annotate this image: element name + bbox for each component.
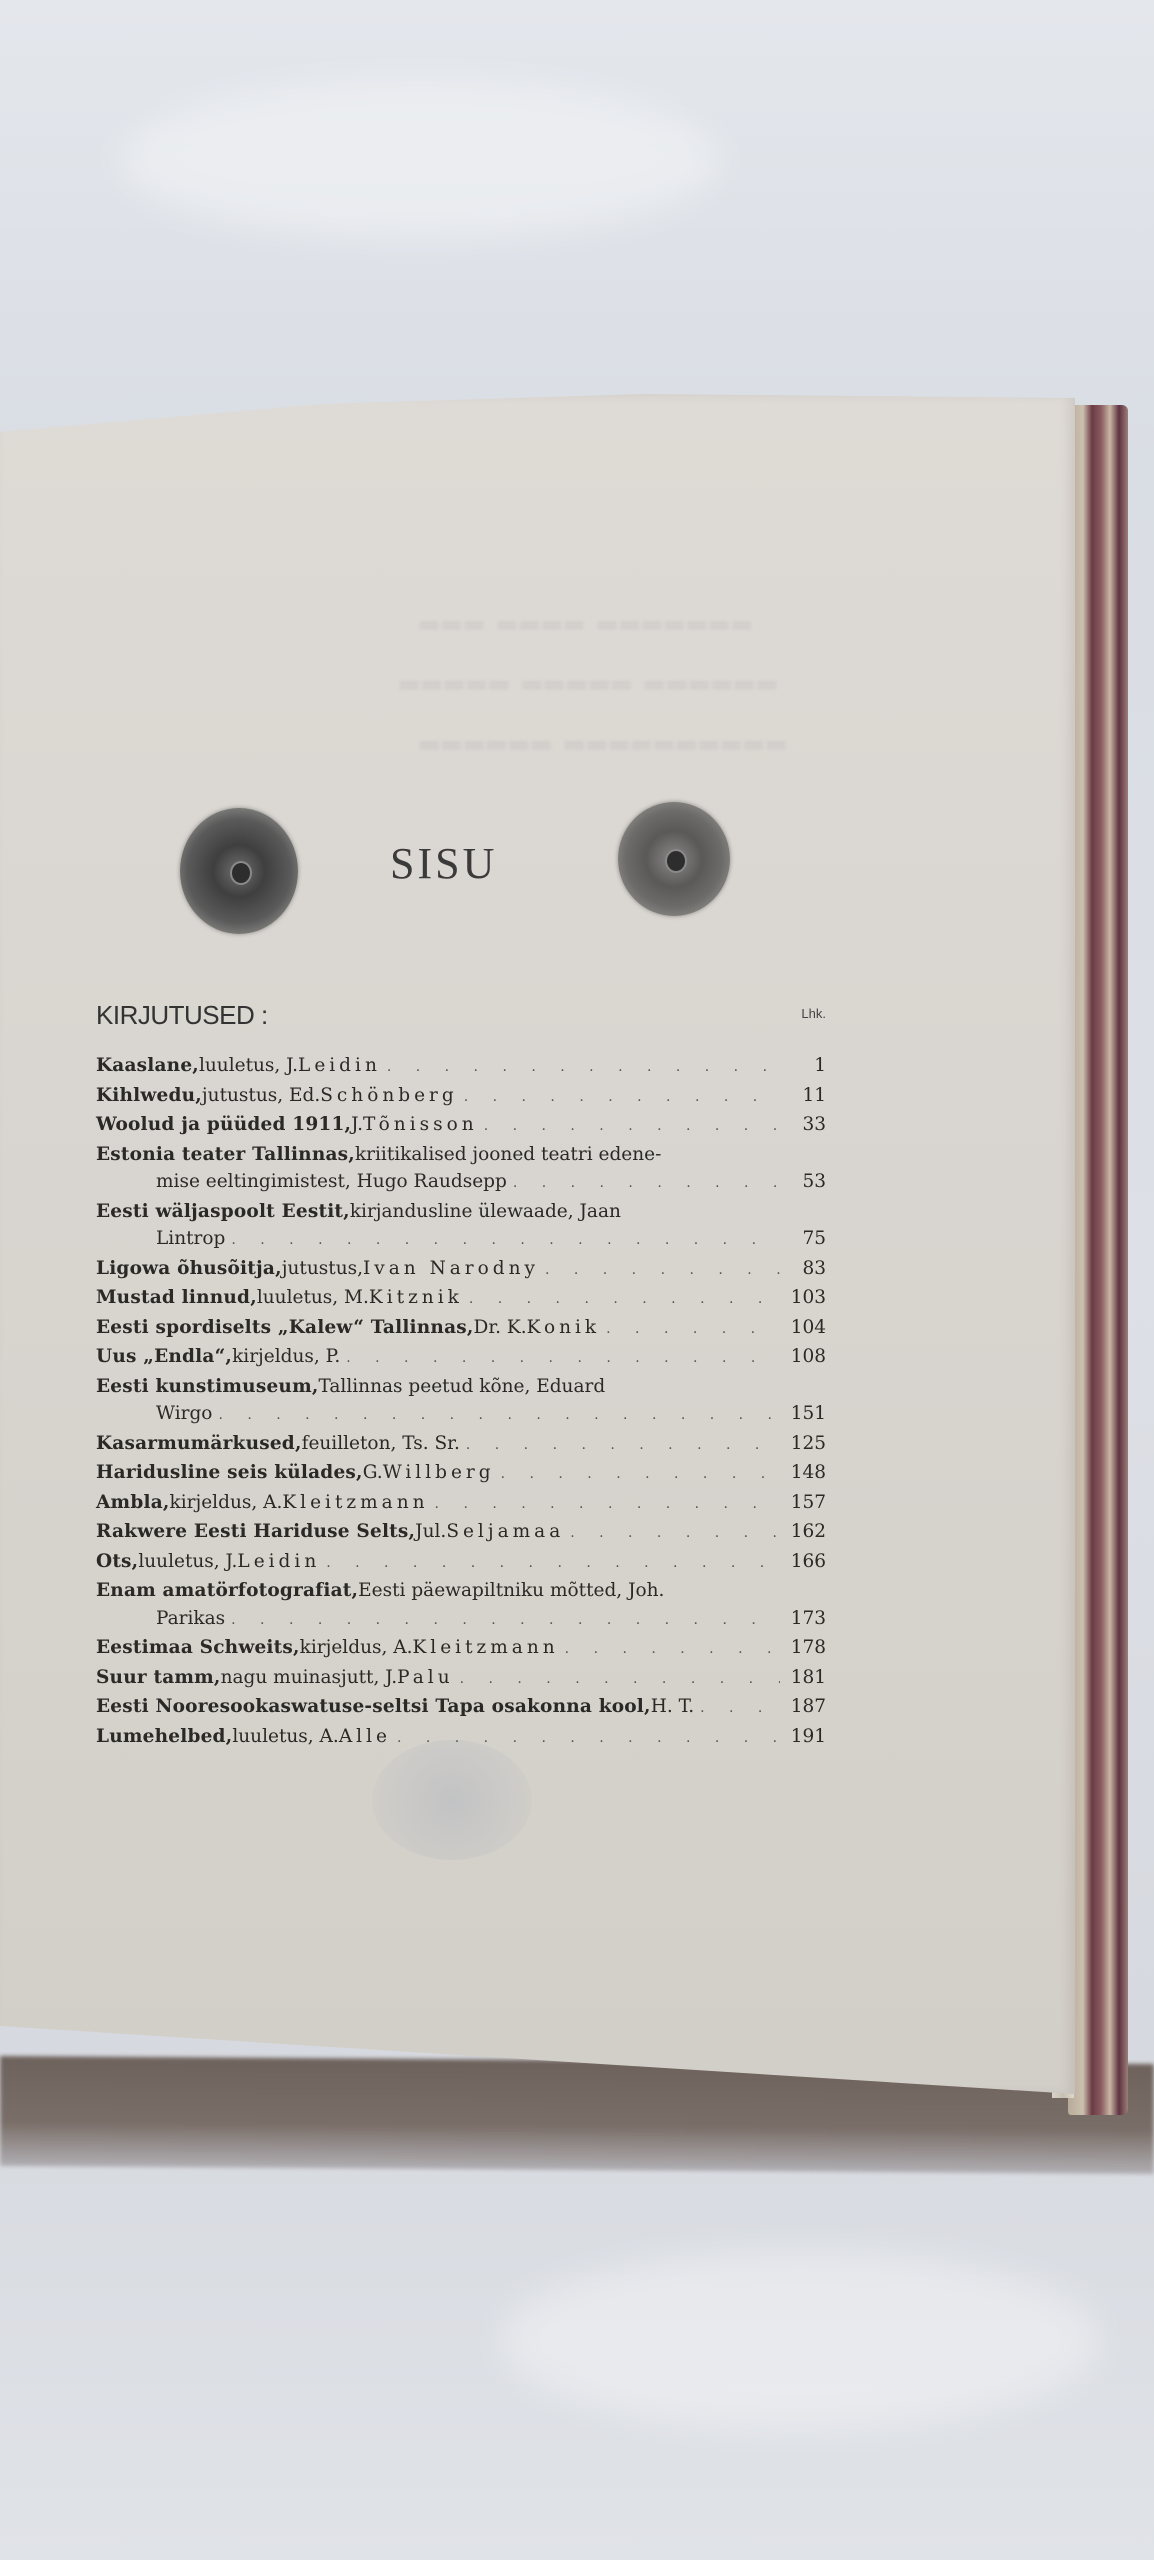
leader-dots <box>326 1550 780 1578</box>
leader-dots <box>700 1695 780 1723</box>
entry-author: Leidin <box>298 1052 381 1080</box>
entry-page-number: 1 <box>786 1052 826 1080</box>
toc-entry-line: Ligowa õhusõitja, jutustus, Ivan Narodny… <box>96 1255 826 1285</box>
toc-entry: Lumehelbed, luuletus, A. Alle191 <box>96 1723 826 1753</box>
entry-continuation-text: Lintrop <box>156 1225 225 1253</box>
entry-title: Eestimaa Schweits, <box>96 1634 300 1662</box>
entry-description: kirjandusline ülewaade, Jaan <box>350 1198 621 1226</box>
toc-entry-line: Eestimaa Schweits, kirjeldus, A. Kleitzm… <box>96 1634 826 1664</box>
entry-description: luuletus, M. <box>257 1284 369 1312</box>
entry-page-number: 104 <box>786 1314 826 1342</box>
entry-page-number: 166 <box>786 1548 826 1576</box>
entry-title: Uus „Endla“, <box>96 1343 232 1371</box>
entry-title: Kaaslane, <box>96 1052 199 1080</box>
entry-title: Kihlwedu, <box>96 1082 202 1110</box>
entry-page-number: 108 <box>786 1343 826 1371</box>
entry-author: Kleitzmann <box>412 1634 558 1662</box>
leader-dots <box>435 1491 780 1519</box>
bleed-through-text: ══════ ══════════ <box>420 730 789 760</box>
toc-entry: Ligowa õhusõitja, jutustus, Ivan Narodny… <box>96 1255 826 1285</box>
leader-dots <box>231 1607 780 1635</box>
leader-dots <box>460 1666 780 1694</box>
entry-page-number: 148 <box>786 1459 826 1487</box>
leader-dots <box>464 1084 780 1112</box>
page-column-label: Lhk. <box>801 1006 826 1021</box>
entry-description: Dr. K. <box>474 1314 527 1342</box>
entry-description: kriitikalised jooned teatri edene- <box>355 1141 661 1169</box>
entry-page-number: 83 <box>786 1255 826 1283</box>
leader-dots <box>501 1461 780 1489</box>
toc-entry-line: Woolud ja püüded 1911, J. Tõnisson33 <box>96 1111 826 1141</box>
toc-entry-line: Enam amatörfotografiat, Eesti päewapiltn… <box>96 1577 826 1605</box>
toc-entry: Eestimaa Schweits, kirjeldus, A. Kleitzm… <box>96 1634 826 1664</box>
entry-title: Eesti spordiselts „Kalew“ Tallinnas, <box>96 1314 474 1342</box>
book-cover-edge <box>1068 405 1128 2115</box>
entry-title: Estonia teater Tallinnas, <box>96 1141 355 1169</box>
toc-entry-line: Kihlwedu, jutustus, Ed. Schönberg11 <box>96 1082 826 1112</box>
entry-description: luuletus, A. <box>232 1723 338 1751</box>
toc-entry-line: Lumehelbed, luuletus, A. Alle191 <box>96 1723 826 1753</box>
bleed-through-text: ═════ ═════ ══════ <box>400 670 780 700</box>
toc-entry: Mustad linnud, luuletus, M. Kitznik103 <box>96 1284 826 1314</box>
toc-entry: Eesti kunstimuseum, Tallinnas peetud kõn… <box>96 1373 826 1430</box>
entry-page-number: 162 <box>786 1518 826 1546</box>
entry-author: Schönberg <box>320 1082 457 1110</box>
entry-author: Alle <box>339 1723 391 1751</box>
entry-title: Eesti wäljaspoolt Eestit, <box>96 1198 350 1226</box>
section-label: KIRJUTUSED : <box>96 1000 268 1030</box>
entry-title: Lumehelbed, <box>96 1723 232 1751</box>
entry-author: Leidin <box>237 1548 320 1576</box>
toc-entry: Enam amatörfotografiat, Eesti päewapiltn… <box>96 1577 826 1634</box>
entry-author: Palu <box>397 1664 453 1692</box>
entry-description: J. <box>351 1111 363 1139</box>
toc-entry: Eesti spordiselts „Kalew“ Tallinnas, Dr.… <box>96 1314 826 1344</box>
entry-title: Ligowa õhusõitja, <box>96 1255 282 1283</box>
entry-title: Woolud ja püüded 1911, <box>96 1111 351 1139</box>
toc-entry-line: Ots, luuletus, J. Leidin166 <box>96 1548 826 1578</box>
entry-continuation-text: mise eeltingimistest, Hugo Raudsepp <box>156 1168 507 1196</box>
entry-page-number: 33 <box>786 1111 826 1139</box>
toc-entry-line: Mustad linnud, luuletus, M. Kitznik103 <box>96 1284 826 1314</box>
bleed-through-text: ═══ ════ ═══════ <box>420 610 755 640</box>
toc-entry: Ambla, kirjeldus, A. Kleitzmann157 <box>96 1489 826 1519</box>
leader-dots <box>565 1636 780 1664</box>
toc-entry-line: Ambla, kirjeldus, A. Kleitzmann157 <box>96 1489 826 1519</box>
entry-title: Ots, <box>96 1548 138 1576</box>
entry-title: Eesti kunstimuseum, <box>96 1373 319 1401</box>
entry-title: Mustad linnud, <box>96 1284 257 1312</box>
toc-entry-line: Eesti spordiselts „Kalew“ Tallinnas, Dr.… <box>96 1314 826 1344</box>
leader-dots <box>218 1402 780 1430</box>
entry-description: G. <box>363 1459 383 1487</box>
entry-page-number: 11 <box>786 1082 826 1110</box>
entry-author: Kleitzmann <box>282 1489 428 1517</box>
entry-title: Eesti Nooresookaswatuse-seltsi Tapa osak… <box>96 1693 651 1721</box>
toc-entry: Eesti wäljaspoolt Eestit, kirjandusline … <box>96 1198 826 1255</box>
leader-dots <box>231 1227 780 1255</box>
entry-page-number: 181 <box>786 1664 826 1692</box>
cloth-highlight <box>120 80 720 240</box>
toc-entry-continuation: Wirgo151 <box>96 1400 826 1430</box>
toc-entry: Eesti Nooresookaswatuse-seltsi Tapa osak… <box>96 1693 826 1723</box>
entry-continuation-text: Parikas <box>156 1605 225 1633</box>
entry-page-number: 125 <box>786 1430 826 1458</box>
entry-description: kirjeldus, A. <box>170 1489 283 1517</box>
title-row: SISU <box>180 808 740 928</box>
entry-description: jutustus, Ed. <box>202 1082 320 1110</box>
entry-page-number: 151 <box>786 1400 826 1428</box>
toc-entry: Woolud ja püüded 1911, J. Tõnisson33 <box>96 1111 826 1141</box>
entry-author: Willberg <box>383 1459 495 1487</box>
toc-entry-continuation: Lintrop75 <box>96 1225 826 1255</box>
leader-dots <box>513 1170 780 1198</box>
leader-dots <box>397 1725 780 1753</box>
button-ornament-icon <box>180 808 298 934</box>
entry-author: Kitznik <box>369 1284 463 1312</box>
entry-author: Tõnisson <box>363 1111 478 1139</box>
toc-entry-line: Eesti Nooresookaswatuse-seltsi Tapa osak… <box>96 1693 826 1723</box>
entry-description: H. T. <box>651 1693 694 1721</box>
entry-description: kirjeldus, A. <box>300 1634 413 1662</box>
entry-page-number: 178 <box>786 1634 826 1662</box>
entry-continuation-text: Wirgo <box>156 1400 212 1428</box>
leader-dots <box>346 1345 780 1373</box>
toc-entries: Kaaslane, luuletus, J. Leidin1Kihlwedu, … <box>96 1052 826 1752</box>
entry-title: Enam amatörfotografiat, <box>96 1577 358 1605</box>
toc-entry-line: Suur tamm, nagu muinasjutt, J. Palu181 <box>96 1664 826 1694</box>
leader-dots <box>387 1054 780 1082</box>
entry-page-number: 103 <box>786 1284 826 1312</box>
entry-page-number: 191 <box>786 1723 826 1751</box>
entry-author: Seljamaa <box>446 1518 564 1546</box>
entry-page-number: 75 <box>786 1225 826 1253</box>
leader-dots <box>545 1257 780 1285</box>
toc-entry-line: Eesti wäljaspoolt Eestit, kirjandusline … <box>96 1198 826 1226</box>
entry-page-number: 173 <box>786 1605 826 1633</box>
entry-page-number: 157 <box>786 1489 826 1517</box>
entry-page-number: 187 <box>786 1693 826 1721</box>
toc-entry: Haridusline seis külades, G. Willberg148 <box>96 1459 826 1489</box>
toc-entry: Suur tamm, nagu muinasjutt, J. Palu181 <box>96 1664 826 1694</box>
entry-description: kirjeldus, P. <box>232 1343 340 1371</box>
leader-dots <box>606 1316 780 1344</box>
leader-dots <box>570 1520 780 1548</box>
toc-entry-line: Kasarmumärkused, feuilleton, Ts. Sr.125 <box>96 1430 826 1460</box>
toc-entry-line: Uus „Endla“, kirjeldus, P.108 <box>96 1343 826 1373</box>
entry-description: jutustus, <box>282 1255 363 1283</box>
entry-description: Tallinnas peetud kõne, Eduard <box>319 1373 606 1401</box>
toc-entry: Estonia teater Tallinnas, kriitikalised … <box>96 1141 826 1198</box>
toc-entry-continuation: mise eeltingimistest, Hugo Raudsepp53 <box>96 1168 826 1198</box>
page-title: SISU <box>390 838 497 889</box>
entry-description: nagu muinasjutt, J. <box>221 1664 398 1692</box>
table-of-contents: KIRJUTUSED : Lhk. Kaaslane, luuletus, J.… <box>96 1000 826 1752</box>
leader-dots <box>469 1286 780 1314</box>
paper-stain <box>372 1740 532 1860</box>
entry-title: Kasarmumärkused, <box>96 1430 302 1458</box>
leader-dots <box>484 1113 780 1141</box>
toc-header: KIRJUTUSED : Lhk. <box>96 1000 826 1052</box>
toc-entry-line: Estonia teater Tallinnas, kriitikalised … <box>96 1141 826 1169</box>
entry-title: Haridusline seis külades, <box>96 1459 363 1487</box>
toc-entry: Uus „Endla“, kirjeldus, P.108 <box>96 1343 826 1373</box>
toc-entry-line: Eesti kunstimuseum, Tallinnas peetud kõn… <box>96 1373 826 1401</box>
leader-dots <box>466 1432 780 1460</box>
toc-entry: Ots, luuletus, J. Leidin166 <box>96 1548 826 1578</box>
toc-entry: Rakwere Eesti Hariduse Selts, Jul. Selja… <box>96 1518 826 1548</box>
entry-description: luuletus, J. <box>138 1548 237 1576</box>
button-ornament-icon <box>618 802 730 916</box>
entry-title: Rakwere Eesti Hariduse Selts, <box>96 1518 415 1546</box>
entry-author: Konik <box>527 1314 601 1342</box>
entry-title: Ambla, <box>96 1489 170 1517</box>
entry-description: luuletus, J. <box>199 1052 298 1080</box>
toc-entry-continuation: Parikas173 <box>96 1605 826 1635</box>
toc-entry-line: Kaaslane, luuletus, J. Leidin1 <box>96 1052 826 1082</box>
toc-entry: Kasarmumärkused, feuilleton, Ts. Sr.125 <box>96 1430 826 1460</box>
toc-entry: Kaaslane, luuletus, J. Leidin1 <box>96 1052 826 1082</box>
toc-entry: Kihlwedu, jutustus, Ed. Schönberg11 <box>96 1082 826 1112</box>
toc-entry-line: Rakwere Eesti Hariduse Selts, Jul. Selja… <box>96 1518 826 1548</box>
entry-description: Eesti päewapiltniku mõtted, Joh. <box>358 1577 664 1605</box>
toc-entry-line: Haridusline seis külades, G. Willberg148 <box>96 1459 826 1489</box>
entry-description: Jul. <box>415 1518 446 1546</box>
entry-title: Suur tamm, <box>96 1664 221 1692</box>
entry-author: Ivan Narodny <box>363 1255 539 1283</box>
entry-page-number: 53 <box>786 1168 826 1196</box>
entry-description: feuilleton, Ts. Sr. <box>302 1430 460 1458</box>
cloth-highlight <box>500 2250 1100 2430</box>
